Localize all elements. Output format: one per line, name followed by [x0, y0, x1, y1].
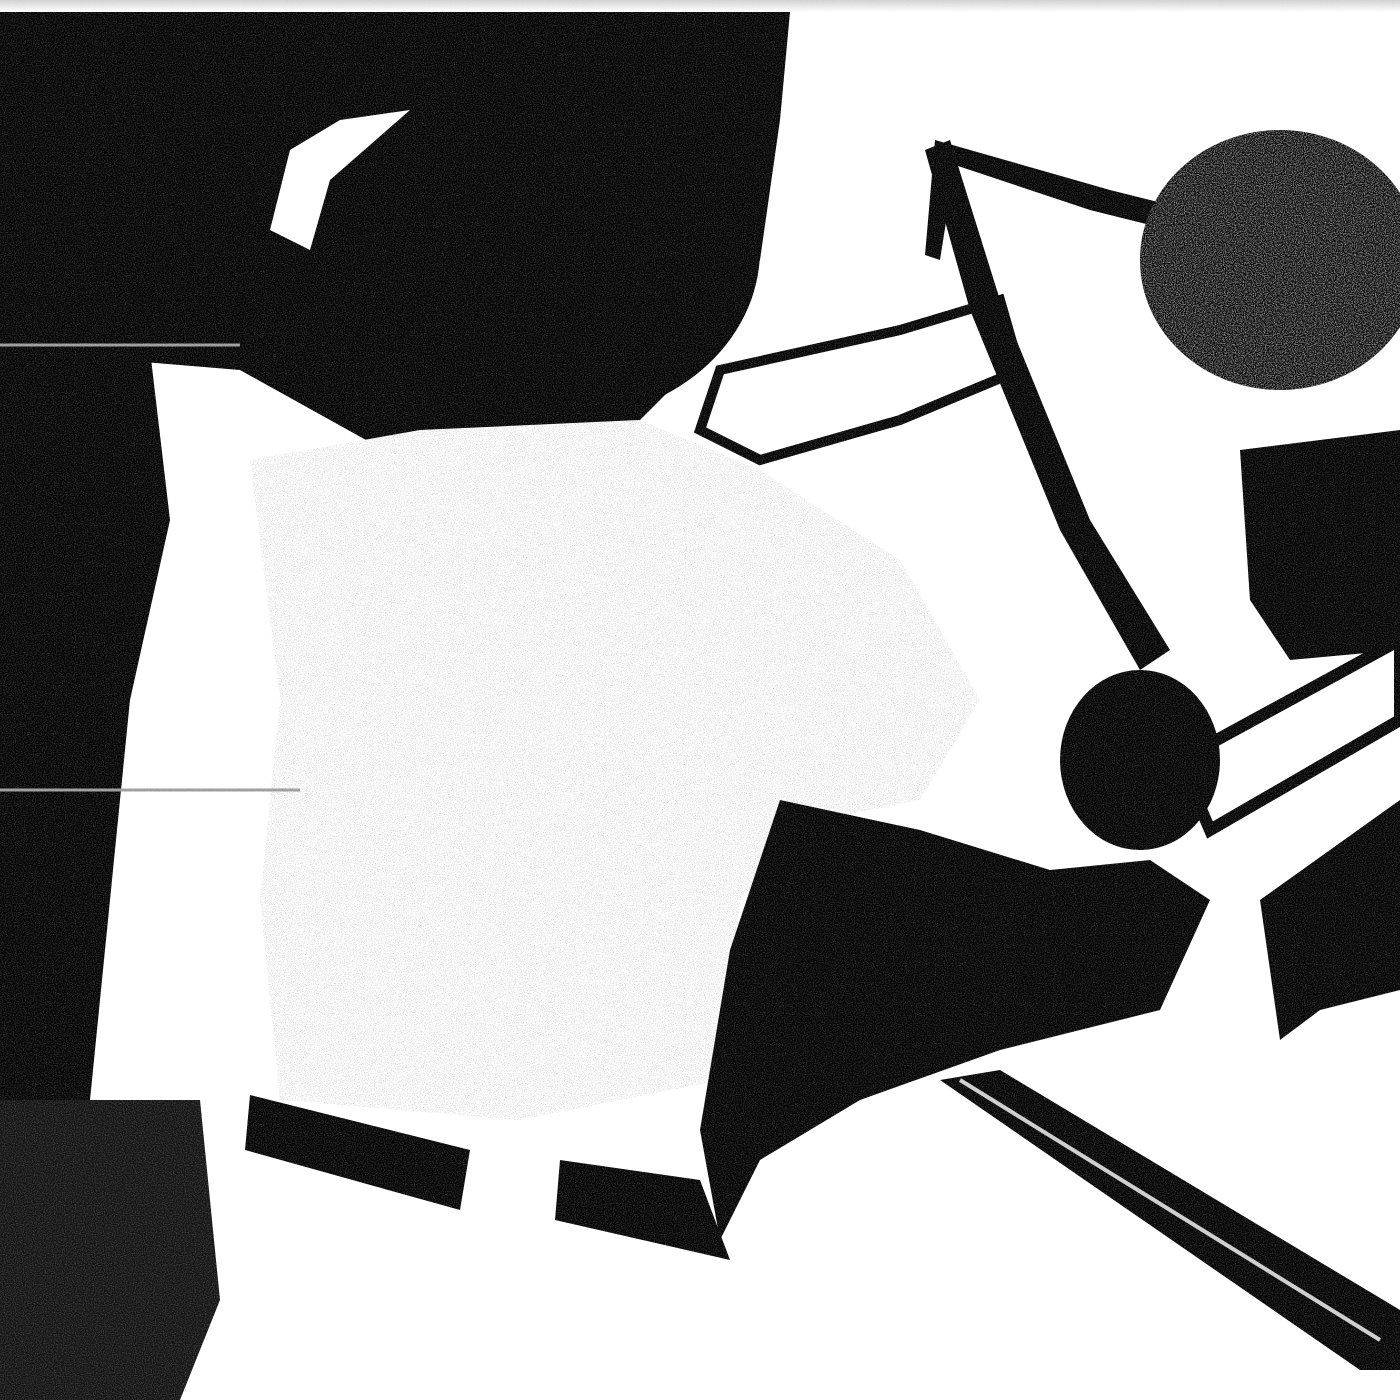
newspaper-photo: [0, 0, 1400, 1400]
photo-shapes: [0, 0, 1400, 1400]
